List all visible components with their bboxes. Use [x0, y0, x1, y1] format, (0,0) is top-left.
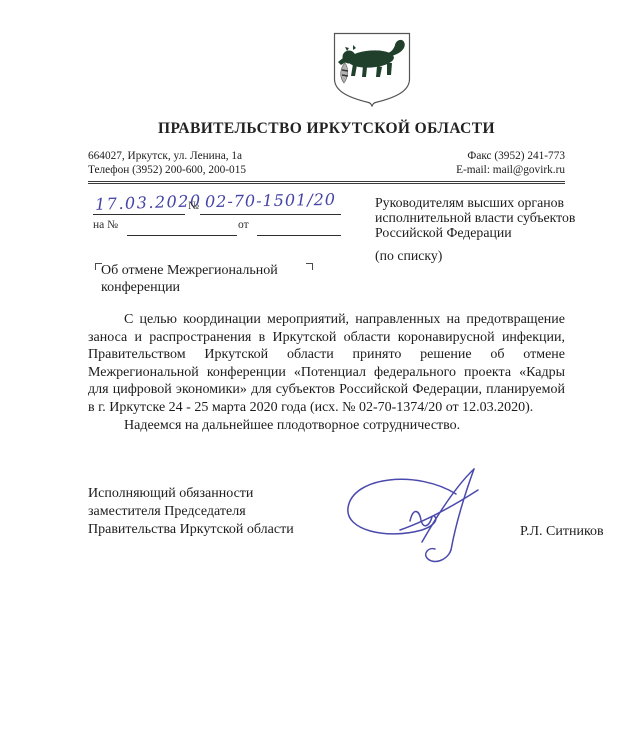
recipient-block: Руководителям высших органов исполнитель…: [375, 196, 615, 264]
subject-line: Об отмене Межрегиональной: [101, 263, 303, 280]
body-paragraph: С целью координации мероприятий, направл…: [88, 311, 565, 417]
handwritten-outgoing-number: 02-70-1501/20: [205, 190, 336, 211]
letter-page: ПРАВИТЕЛЬСТВО ИРКУТСКОЙ ОБЛАСТИ 664027, …: [0, 0, 644, 735]
subject-block: Об отмене Межрегиональной конференции: [101, 263, 303, 296]
signer-position-line: Правительства Иркутской области: [88, 521, 294, 539]
signer-position-block: Исполняющий обязанности заместителя Пред…: [88, 485, 294, 540]
body-paragraph: Надеемся на дальнейшее плодотворное сотр…: [88, 417, 565, 435]
organization-name: ПРАВИТЕЛЬСТВО ИРКУТСКОЙ ОБЛАСТИ: [88, 120, 565, 138]
address-block: 664027, Иркутск, ул. Ленина, 1а Телефон …: [88, 150, 246, 177]
recipient-line: исполнительной власти субъектов: [375, 211, 615, 226]
date-underline: [93, 214, 185, 215]
signer-name: Р.Л. Ситников: [520, 524, 604, 540]
number-sign-label: №: [188, 200, 199, 212]
letterhead-divider: [88, 181, 565, 184]
distribution-note: (по списку): [375, 249, 615, 264]
fax-line: Факс (3952) 241-773: [385, 150, 565, 164]
from-date-label: от: [238, 219, 249, 231]
phone-line: Телефон (3952) 200-600, 200-015: [88, 164, 246, 178]
recipient-line: Руководителям высших органов: [375, 196, 615, 211]
recipient-line: Российской Федерации: [375, 226, 615, 241]
irkutsk-coat-of-arms-icon: [333, 32, 411, 108]
address-line: 664027, Иркутск, ул. Ленина, 1а: [88, 150, 246, 164]
reply-to-label: на №: [93, 219, 118, 231]
letter-body: С целью координации мероприятий, направл…: [88, 311, 565, 434]
contact-block: Факс (3952) 241-773 E-mail: mail@govirk.…: [385, 150, 565, 177]
reply-number-underline: [127, 235, 237, 236]
handwritten-date: 17.03.2020: [95, 191, 202, 214]
subject-corner-mark-right: [306, 263, 313, 270]
subject-line: конференции: [101, 280, 303, 297]
signature-ink: [338, 466, 516, 566]
number-underline: [200, 214, 341, 215]
email-line: E-mail: mail@govirk.ru: [385, 164, 565, 178]
reply-date-underline: [257, 235, 341, 236]
signer-position-line: заместителя Председателя: [88, 503, 294, 521]
signer-position-line: Исполняющий обязанности: [88, 485, 294, 503]
